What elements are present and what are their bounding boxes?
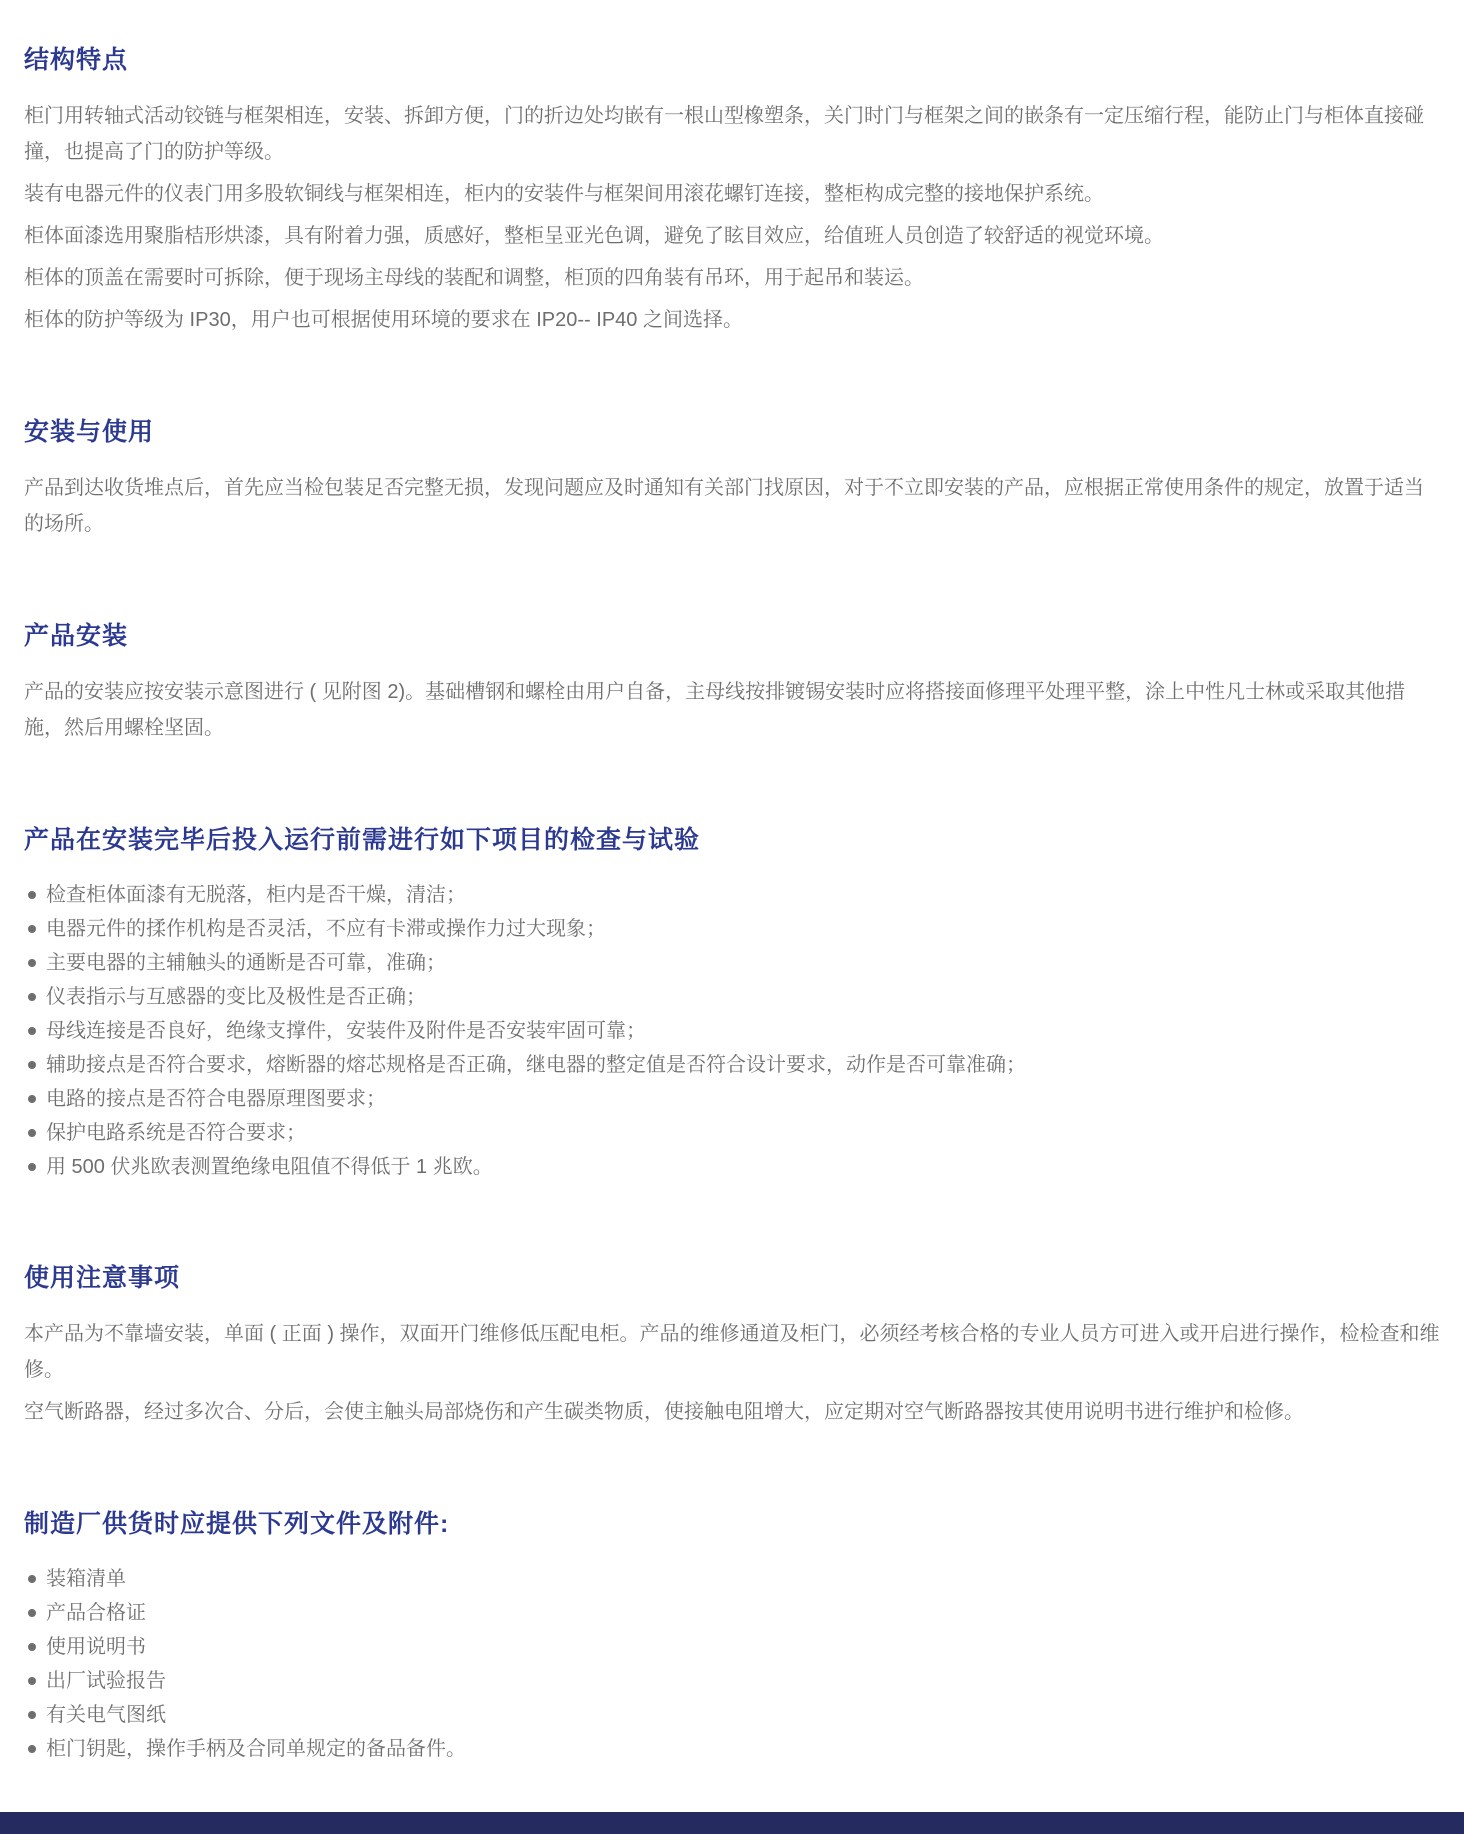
list-item-text: 仪表指示与互感器的变比及极性是否正确；: [46, 980, 426, 1014]
section-title-supply-docs: 制造厂供货时应提供下列文件及附件:: [24, 1506, 1440, 1542]
bullet-icon: [28, 1095, 36, 1103]
paragraph: 装有电器元件的仪表门用多股软铜线与框架相连，柜内的安装件与框架间用滚花螺钉连接，…: [24, 176, 1440, 212]
list-item: 出厂试验报告: [24, 1664, 1440, 1698]
bullet-icon: [28, 1711, 36, 1719]
list-item-text: 有关电气图纸: [46, 1698, 166, 1732]
bullet-icon: [28, 1643, 36, 1651]
list-item: 电路的接点是否符合电器原理图要求；: [24, 1082, 1440, 1116]
section-title-structure: 结构特点: [24, 42, 1440, 78]
list-item-text: 保护电路系统是否符合要求；: [46, 1116, 306, 1150]
paragraph: 柜门用转轴式活动铰链与框架相连，安装、拆卸方便，门的折边处均嵌有一根山型橡塑条，…: [24, 98, 1440, 170]
paragraph: 柜体的顶盖在需要时可拆除，便于现场主母线的装配和调整，柜顶的四角装有吊环，用于起…: [24, 260, 1440, 296]
section-title-usage-notes: 使用注意事项: [24, 1260, 1440, 1296]
list-item-text: 主要电器的主辅触头的通断是否可靠，准确；: [46, 946, 446, 980]
paragraph: 空气断路器，经过多次合、分后，会使主触头局部烧伤和产生碳类物质，使接触电阻增大，…: [24, 1394, 1440, 1430]
section-structure: 结构特点 柜门用转轴式活动铰链与框架相连，安装、拆卸方便，门的折边处均嵌有一根山…: [24, 42, 1440, 338]
list-item: 使用说明书: [24, 1630, 1440, 1664]
paragraph: 柜体的防护等级为 IP30，用户也可根据使用环境的要求在 IP20-- IP40…: [24, 302, 1440, 338]
section-title-product-install: 产品安装: [24, 618, 1440, 654]
paragraph: 产品的安装应按安装示意图进行 ( 见附图 2)。基础槽钢和螺栓由用户自备，主母线…: [24, 674, 1440, 746]
list-item-text: 检查柜体面漆有无脱落，柜内是否干燥，清洁；: [46, 878, 466, 912]
footer-bar: [0, 1812, 1464, 1834]
section-usage-notes: 使用注意事项 本产品为不靠墙安装，单面 ( 正面 ) 操作，双面开门维修低压配电…: [24, 1260, 1440, 1430]
list-item: 检查柜体面漆有无脱落，柜内是否干燥，清洁；: [24, 878, 1440, 912]
list-item: 柜门钥匙，操作手柄及合同单规定的备品备件。: [24, 1732, 1440, 1766]
list-item-text: 出厂试验报告: [46, 1664, 166, 1698]
list-item-text: 母线连接是否良好，绝缘支撑件，安装件及附件是否安装牢固可靠；: [46, 1014, 646, 1048]
list-item: 仪表指示与互感器的变比及极性是否正确；: [24, 980, 1440, 1014]
list-item: 保护电路系统是否符合要求；: [24, 1116, 1440, 1150]
section-install-use: 安装与使用 产品到达收货堆点后，首先应当检包装足否完整无损，发现问题应及时通知有…: [24, 414, 1440, 542]
list-item: 产品合格证: [24, 1596, 1440, 1630]
list-item: 用 500 伏兆欧表测置绝缘电阻值不得低于 1 兆欧。: [24, 1150, 1440, 1184]
bullet-icon: [28, 959, 36, 967]
section-title-checks: 产品在安装完毕后投入运行前需进行如下项目的检查与试验: [24, 822, 1440, 858]
bullet-icon: [28, 1163, 36, 1171]
bullet-icon: [28, 1575, 36, 1583]
bullet-icon: [28, 1129, 36, 1137]
paragraph: 柜体面漆选用聚脂桔形烘漆，具有附着力强，质感好，整柜呈亚光色调，避免了眩目效应，…: [24, 218, 1440, 254]
list-item: 母线连接是否良好，绝缘支撑件，安装件及附件是否安装牢固可靠；: [24, 1014, 1440, 1048]
bullet-icon: [28, 1609, 36, 1617]
bullet-icon: [28, 1061, 36, 1069]
list-item: 装箱清单: [24, 1562, 1440, 1596]
bullet-icon: [28, 1677, 36, 1685]
bullet-icon: [28, 925, 36, 933]
list-item: 电器元件的揉作机构是否灵活，不应有卡滞或操作力过大现象；: [24, 912, 1440, 946]
list-item-text: 柜门钥匙，操作手柄及合同单规定的备品备件。: [46, 1732, 466, 1766]
list-item-text: 辅助接点是否符合要求，熔断器的熔芯规格是否正确，继电器的整定值是否符合设计要求，…: [46, 1048, 1026, 1082]
list-item-text: 装箱清单: [46, 1562, 126, 1596]
supply-docs-list: 装箱清单 产品合格证 使用说明书 出厂试验报告 有关电气图纸 柜门钥匙，操作手柄…: [24, 1562, 1440, 1766]
section-product-install: 产品安装 产品的安装应按安装示意图进行 ( 见附图 2)。基础槽钢和螺栓由用户自…: [24, 618, 1440, 746]
bullet-icon: [28, 1745, 36, 1753]
section-title-install-use: 安装与使用: [24, 414, 1440, 450]
checks-list: 检查柜体面漆有无脱落，柜内是否干燥，清洁； 电器元件的揉作机构是否灵活，不应有卡…: [24, 878, 1440, 1184]
section-supply-docs: 制造厂供货时应提供下列文件及附件: 装箱清单 产品合格证 使用说明书 出厂试验报…: [24, 1506, 1440, 1766]
paragraph: 产品到达收货堆点后，首先应当检包装足否完整无损，发现问题应及时通知有关部门找原因…: [24, 470, 1440, 542]
list-item-text: 电路的接点是否符合电器原理图要求；: [46, 1082, 386, 1116]
list-item: 有关电气图纸: [24, 1698, 1440, 1732]
document-page: 结构特点 柜门用转轴式活动铰链与框架相连，安装、拆卸方便，门的折边处均嵌有一根山…: [0, 0, 1464, 1834]
list-item-text: 使用说明书: [46, 1630, 146, 1664]
list-item: 主要电器的主辅触头的通断是否可靠，准确；: [24, 946, 1440, 980]
section-checks: 产品在安装完毕后投入运行前需进行如下项目的检查与试验 检查柜体面漆有无脱落，柜内…: [24, 822, 1440, 1184]
bullet-icon: [28, 993, 36, 1001]
bullet-icon: [28, 891, 36, 899]
list-item-text: 电器元件的揉作机构是否灵活，不应有卡滞或操作力过大现象；: [46, 912, 606, 946]
list-item-text: 产品合格证: [46, 1596, 146, 1630]
list-item: 辅助接点是否符合要求，熔断器的熔芯规格是否正确，继电器的整定值是否符合设计要求，…: [24, 1048, 1440, 1082]
bullet-icon: [28, 1027, 36, 1035]
paragraph: 本产品为不靠墙安装，单面 ( 正面 ) 操作，双面开门维修低压配电柜。产品的维修…: [24, 1316, 1440, 1388]
list-item-text: 用 500 伏兆欧表测置绝缘电阻值不得低于 1 兆欧。: [46, 1150, 493, 1184]
